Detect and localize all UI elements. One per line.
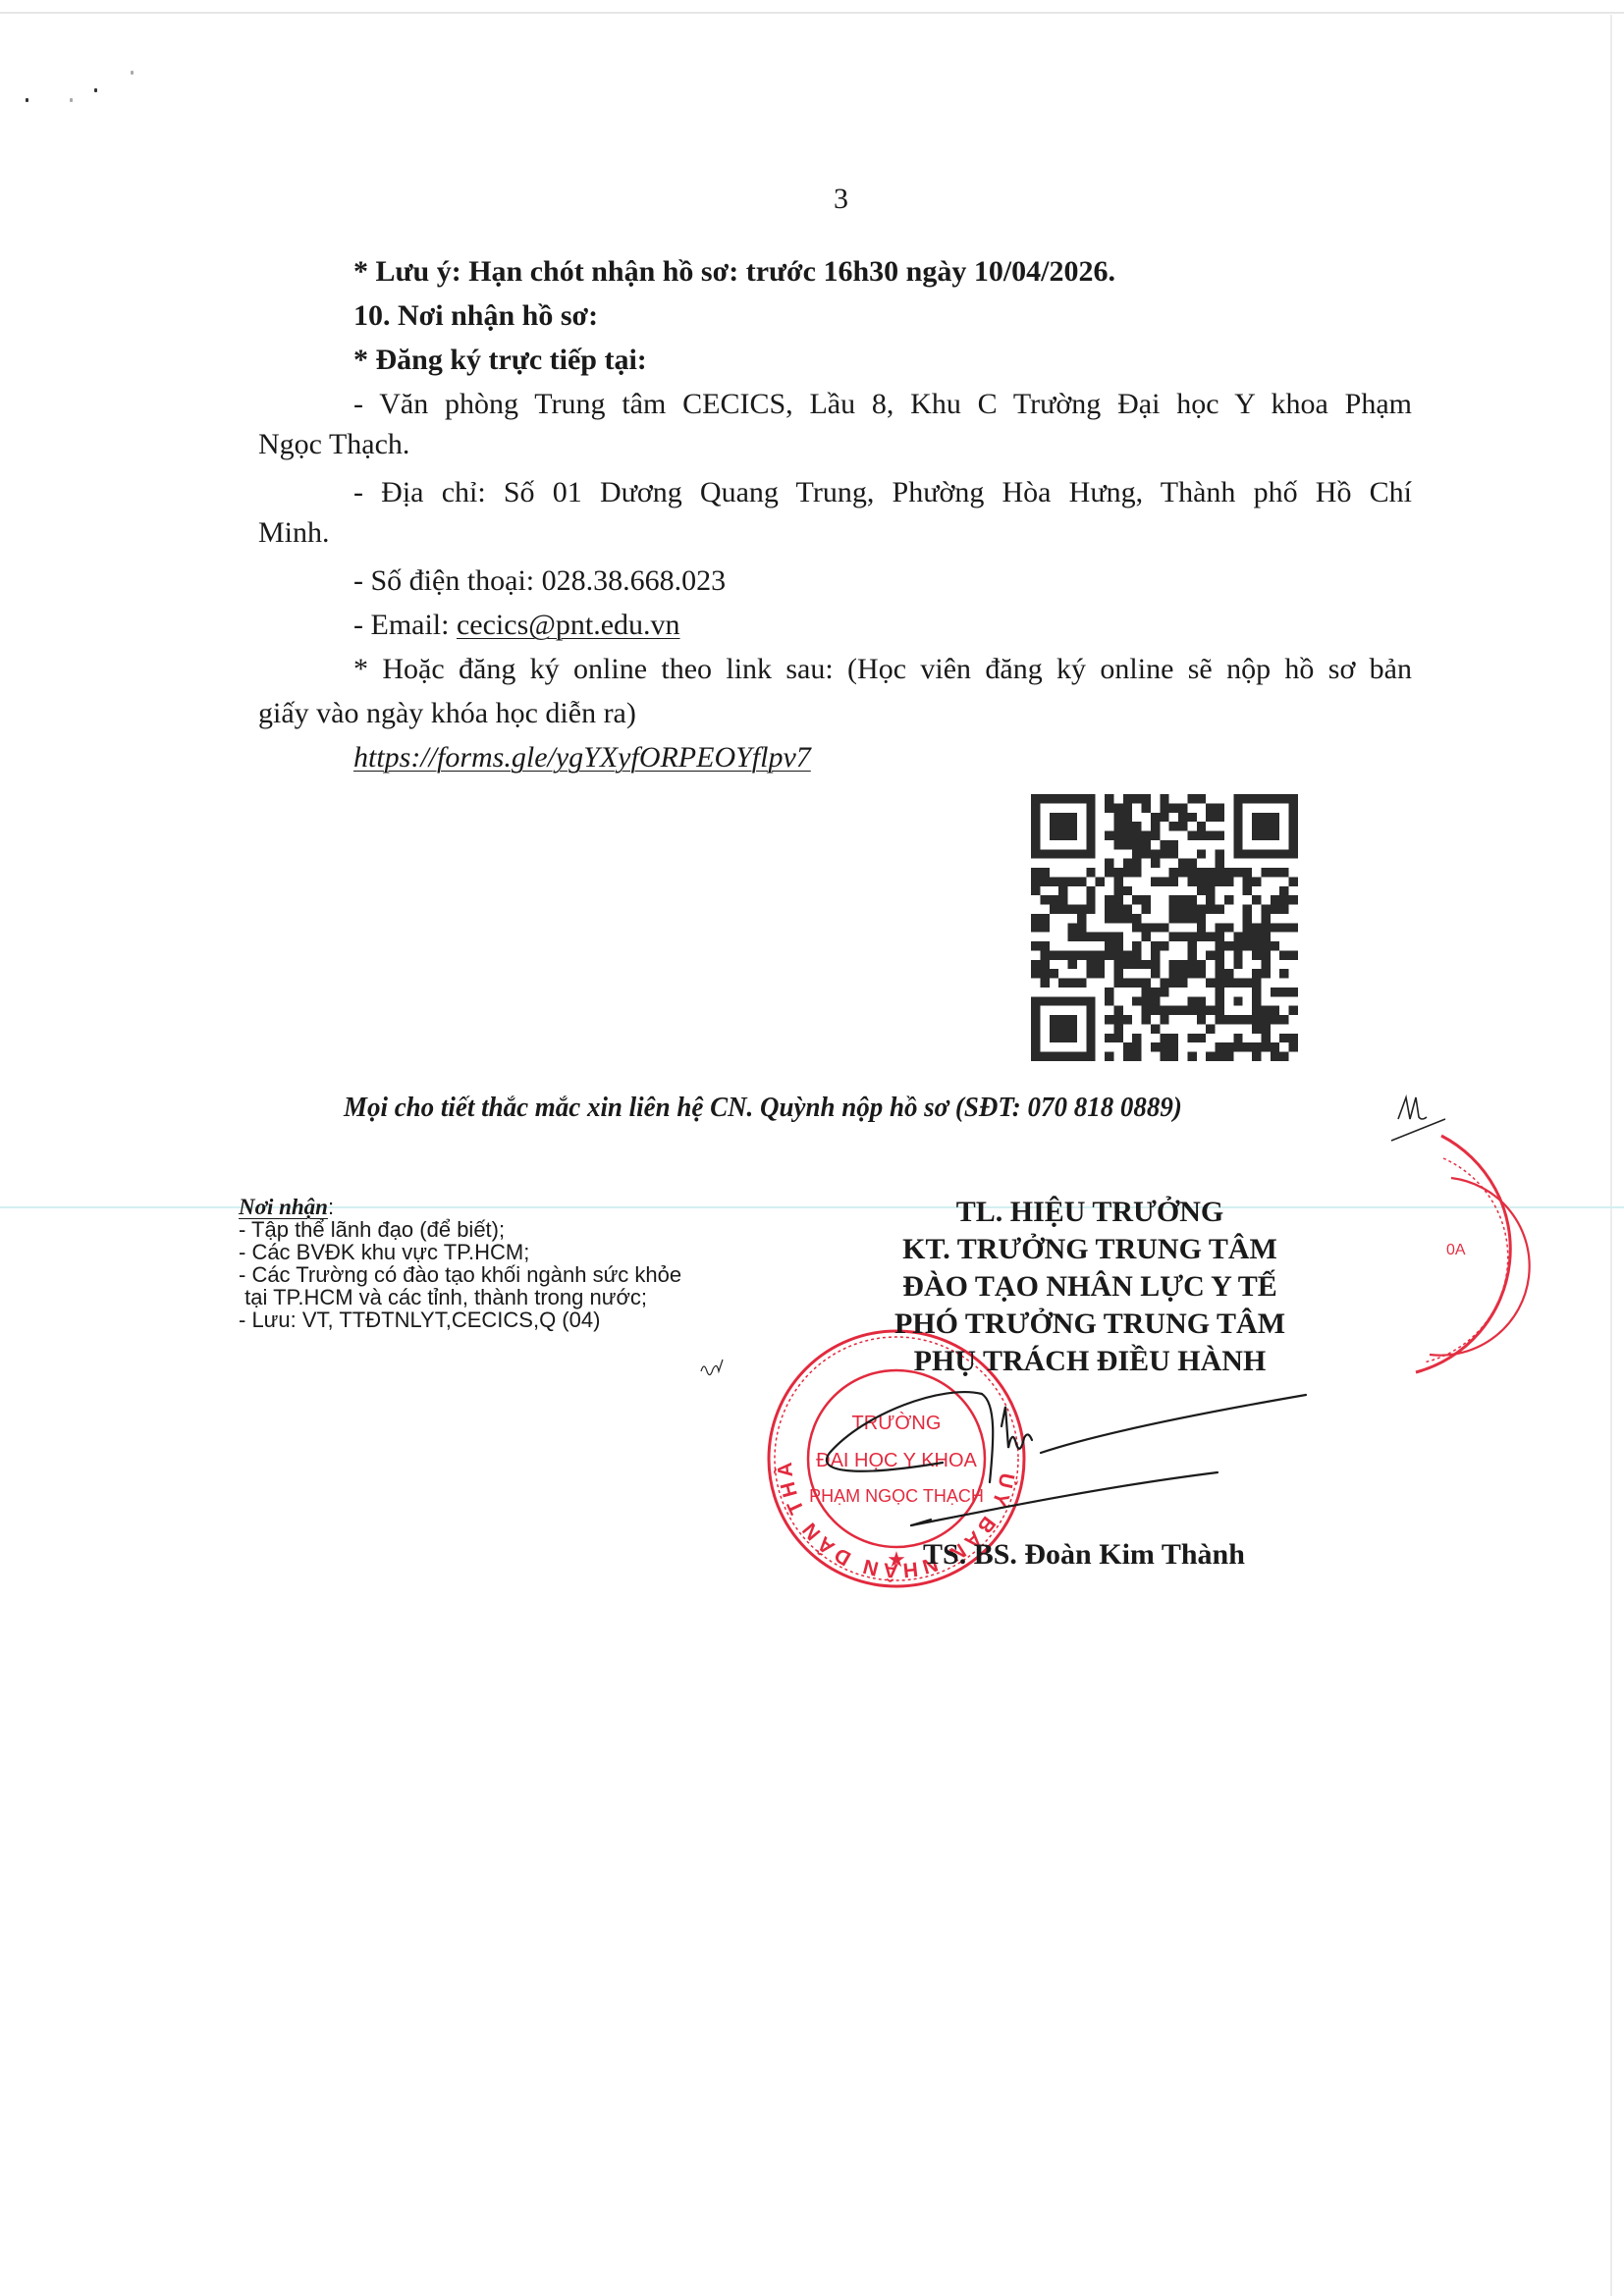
signer-name: TS. BS. Đoàn Kim Thành	[923, 1538, 1245, 1572]
svg-text:0A: 0A	[1446, 1242, 1466, 1258]
signature-title-line: KT. TRƯỞNG TRUNG TÂM	[854, 1231, 1326, 1268]
initials-mark	[1391, 1097, 1445, 1141]
signature-title-line: ĐÀO TẠO NHÂN LỰC Y TẾ	[854, 1268, 1326, 1306]
partial-stamp: 0A	[1416, 1136, 1530, 1372]
svg-text:PHẠM NGỌC THẠCH: PHẠM NGỌC THẠCH	[809, 1486, 984, 1506]
signature-title-block: TL. HIỆU TRƯỞNG KT. TRƯỞNG TRUNG TÂM ĐÀO…	[854, 1194, 1326, 1380]
svg-text:★: ★	[887, 1547, 906, 1572]
signature-title-line: TL. HIỆU TRƯỞNG	[854, 1194, 1326, 1231]
stamp-and-signature-layer: ỦY BAN NHÂN DÂN THÀNH PHỐ HỒ CHÍ MINH TR…	[0, 0, 1624, 2296]
signature-title-line: PHỤ TRÁCH ĐIỀU HÀNH	[854, 1343, 1326, 1380]
signature-title-line: PHÓ TRƯỞNG TRUNG TÂM	[854, 1306, 1326, 1343]
initials-mark	[701, 1360, 723, 1375]
